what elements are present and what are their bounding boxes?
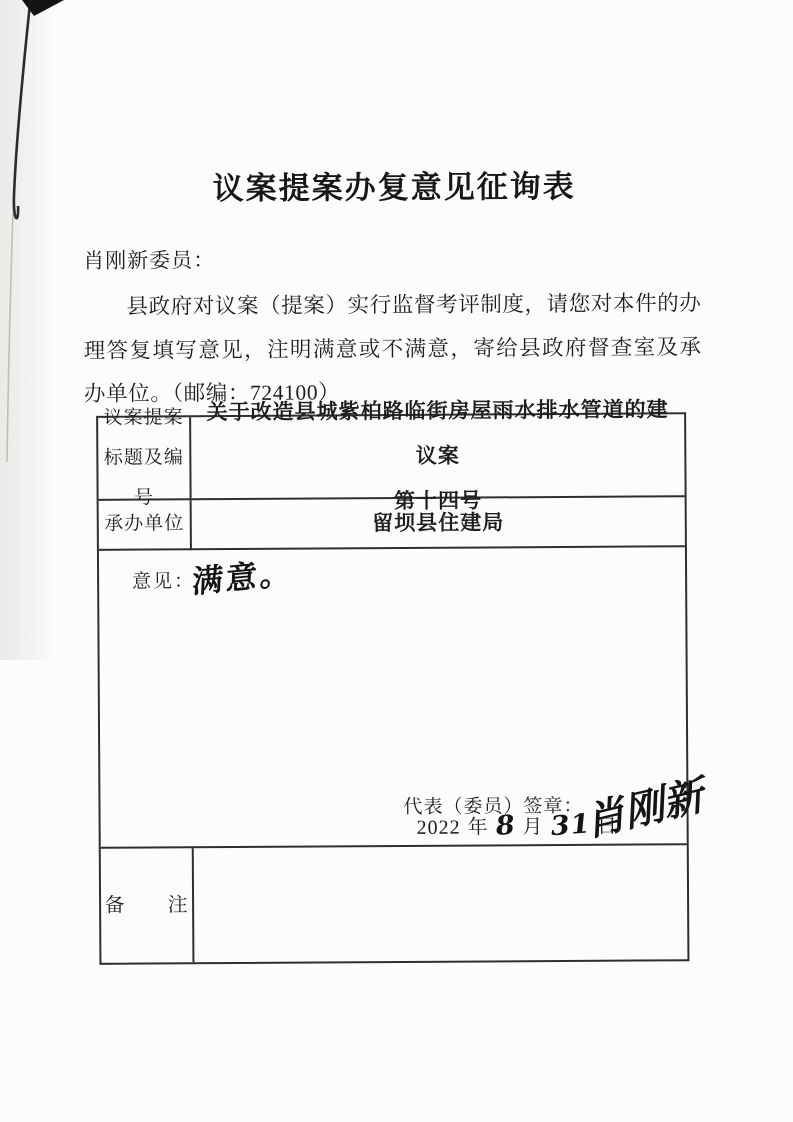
- date-month-unit: 月: [522, 816, 543, 838]
- form-table: 议案提案 标题及编号 关于改造县城紫柏路临街房屋雨水排水管道的建议案 第十四号 …: [96, 412, 689, 965]
- date-year-unit: 年: [468, 816, 489, 838]
- field-label-undertaking-unit: 承办单位: [99, 500, 192, 551]
- field-value-remarks: [194, 845, 688, 962]
- scanned-page: 议案提案办复意见征询表 肖刚新委员： 县政府对议案（提案）实行监督考评制度，请您…: [0, 0, 793, 1122]
- salutation: 肖刚新委员：: [83, 244, 215, 275]
- field-label-remarks: 备 注: [101, 848, 195, 963]
- date-day-unit: 日: [597, 816, 618, 838]
- date-month-handwriting: 8: [494, 810, 517, 842]
- field-value-proposal-title-number: 关于改造县城紫柏路临街房屋雨水排水管道的建议案 第十四号: [191, 414, 684, 500]
- document-title: 议案提案办复意见征询表: [0, 160, 791, 210]
- date-day-handwriting: 31: [549, 808, 592, 842]
- opinion-section: 意见： 满意。 代表（委员）签章：肖刚新 2022年8月31日: [99, 547, 687, 849]
- document-content: 议案提案办复意见征询表 肖刚新委员： 县政府对议案（提案）实行监督考评制度，请您…: [0, 0, 793, 1122]
- date-line: 2022年8月31日: [417, 809, 626, 841]
- opinion-handwriting: 满意。: [191, 547, 295, 602]
- date-year: 2022: [417, 817, 461, 839]
- field-label-proposal-title-number: 议案提案 标题及编号: [98, 417, 192, 501]
- field-value-undertaking-unit: 留坝县住建局: [192, 497, 685, 550]
- opinion-label: 意见：: [132, 566, 195, 593]
